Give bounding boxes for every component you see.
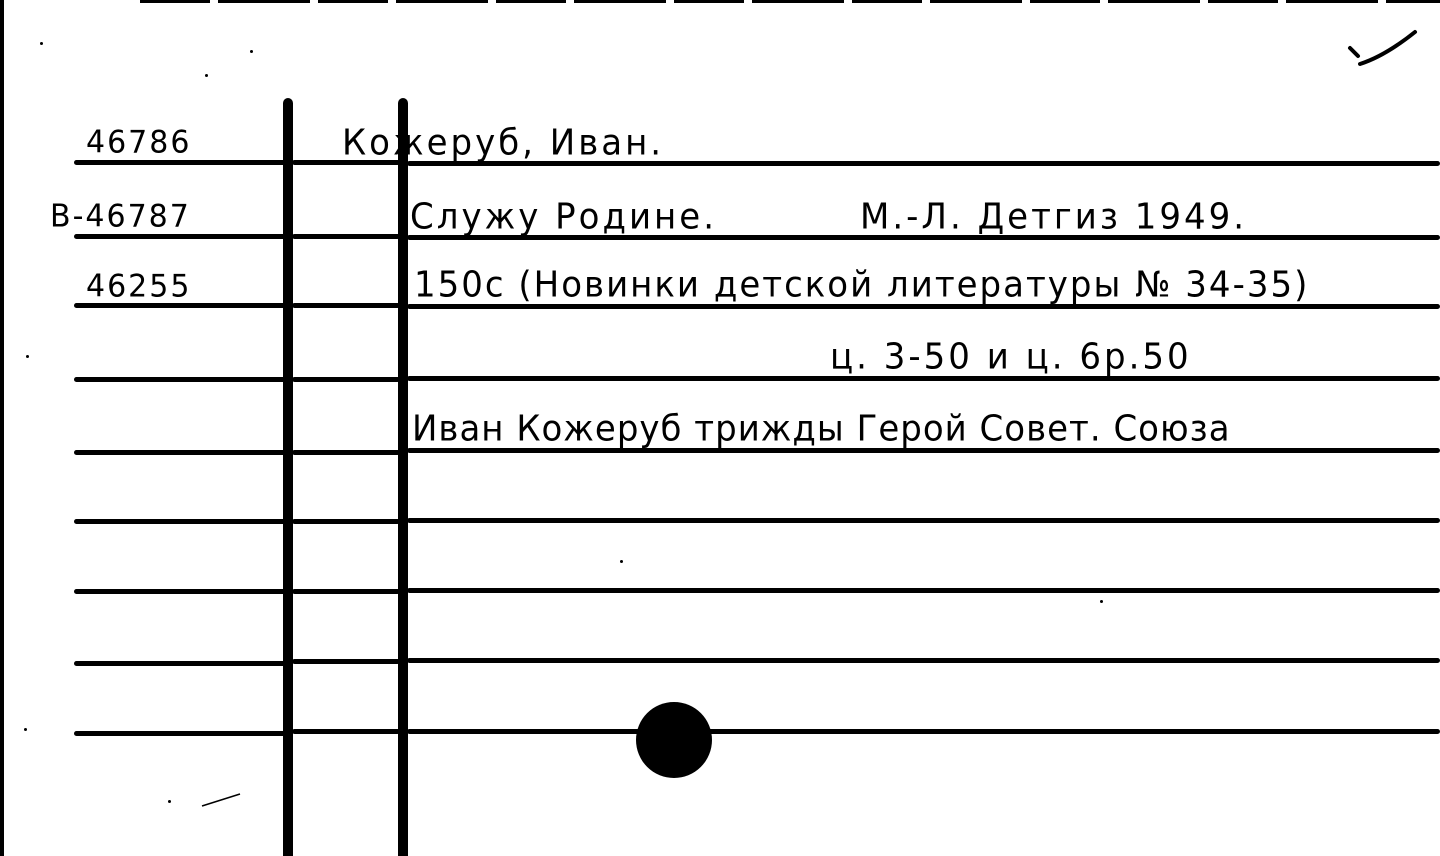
row-rule [292,450,400,455]
row-rule [292,377,400,382]
catalog-card: 46786 В-46787 46255 Кожеруб, Иван. Служу… [0,0,1440,856]
column-rule-2 [398,98,408,856]
row-rule [407,729,1440,734]
call-number: 46786 [86,127,191,159]
scan-speck [620,560,623,563]
call-number: 46255 [86,271,191,303]
row-rule [74,661,286,666]
scan-mark [200,790,250,810]
scan-speck [24,728,27,731]
card-top-edge [140,0,1440,3]
scan-speck [250,50,253,53]
row-rule [292,519,400,524]
call-number: В-46787 [50,201,191,233]
price-note: ц. 3-50 и ц. 6р.50 [830,339,1192,375]
row-rule [407,658,1440,663]
card-left-edge [0,0,4,856]
row-rule [74,519,286,524]
scan-speck [205,74,208,77]
book-title: Служу Родине. [410,199,717,235]
row-rule [74,450,286,455]
row-rule [292,303,400,308]
imprint: М.-Л. Детгиз 1949. [860,199,1247,235]
row-rule [74,377,286,382]
collation-series: 150с (Новинки детской литературы № 34-35… [414,267,1309,303]
row-rule [292,659,400,664]
annotation: Иван Кожеруб трижды Герой Совет. Союза [412,411,1231,447]
row-rule [407,518,1440,523]
row-rule [74,589,286,594]
scan-speck [26,355,29,358]
scan-speck [1100,600,1103,603]
scan-speck [40,42,43,45]
column-rule-1 [283,98,293,856]
row-rule [292,729,400,734]
row-rule [74,731,286,736]
scan-speck [168,800,171,803]
checkmark-icon [1340,20,1420,70]
punch-hole [636,702,712,778]
row-rule [292,234,400,239]
row-rule [292,589,400,594]
author-heading: Кожеруб, Иван. [342,125,664,161]
row-rule [407,588,1440,593]
